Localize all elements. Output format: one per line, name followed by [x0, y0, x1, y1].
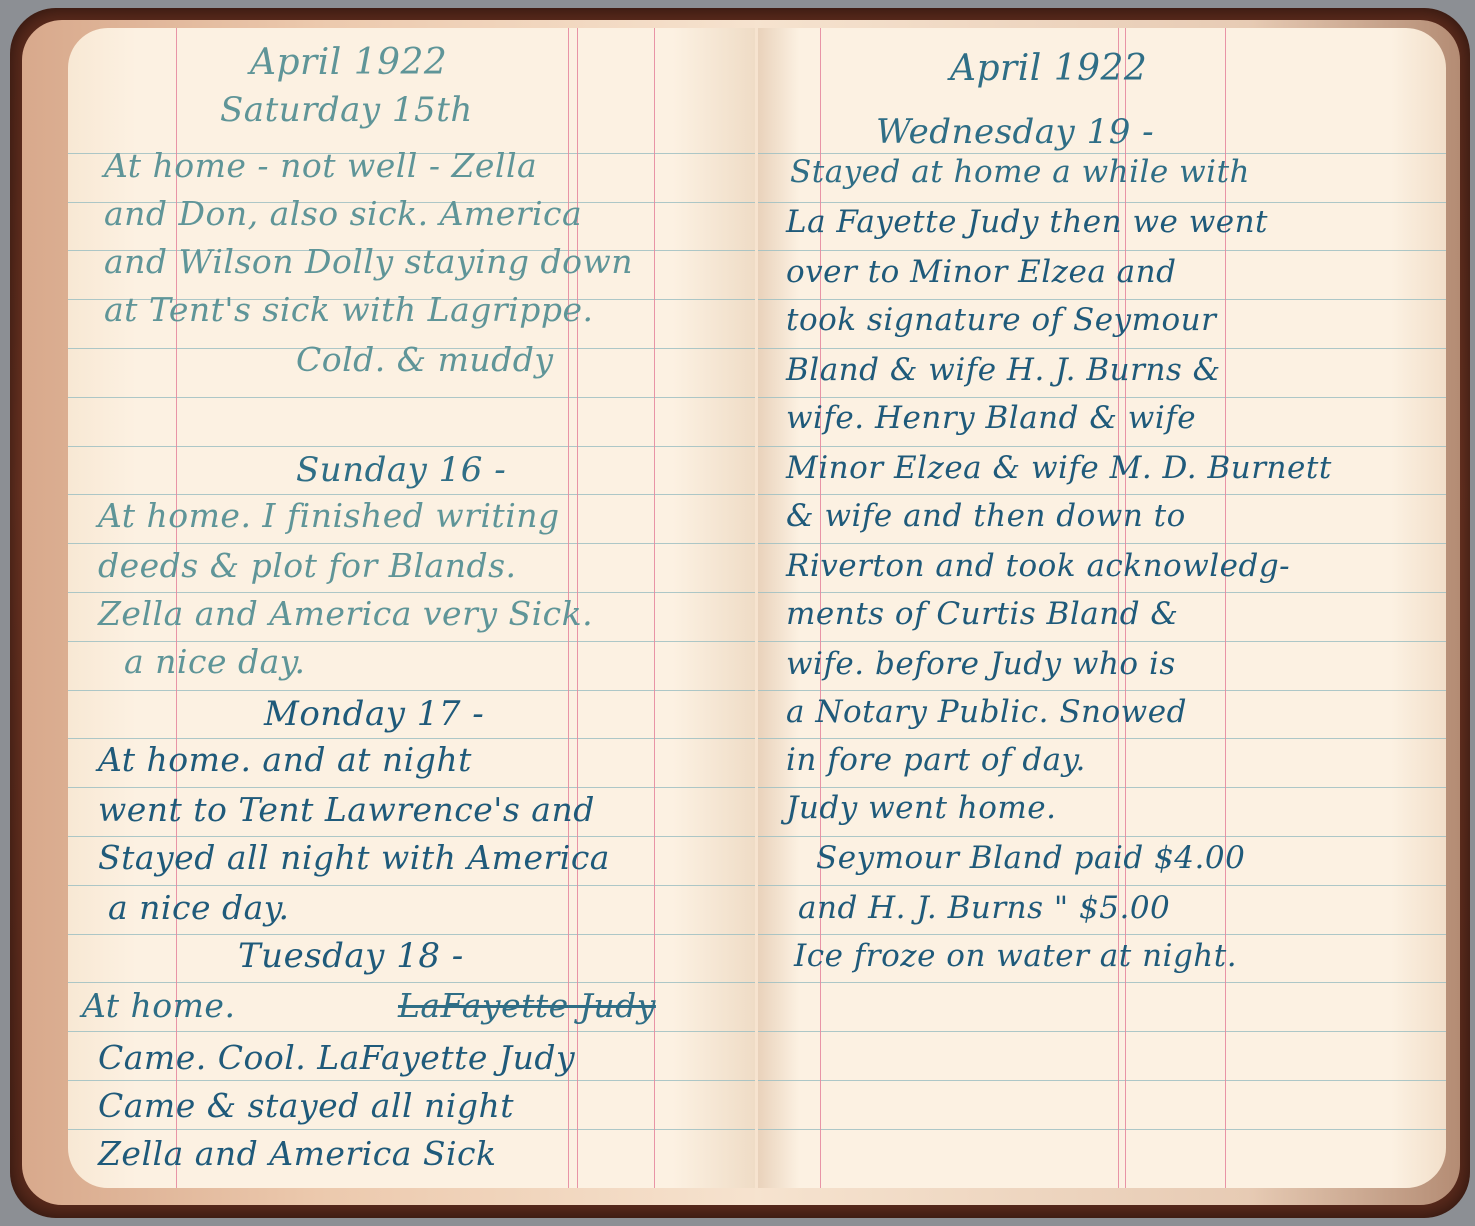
- ruled-line: [68, 885, 755, 886]
- entry-line: Stayed at home a while with: [790, 154, 1250, 190]
- struck-text: LaFayette Judy: [398, 986, 656, 1025]
- entry-line: Riverton and took acknowledg-: [786, 548, 1290, 584]
- entry-day: Saturday 15th: [220, 90, 473, 130]
- ruled-line: [68, 836, 755, 837]
- ruled-line: [68, 1031, 755, 1032]
- entry-day: Wednesday 19 -: [876, 112, 1154, 152]
- entry-line: Ice froze on water at night.: [794, 938, 1237, 974]
- ruled-line: [758, 299, 1446, 300]
- ruled-line: [758, 836, 1446, 837]
- ruled-line: [68, 1129, 755, 1130]
- entry-day: Sunday 16 -: [296, 450, 506, 490]
- entry-line: Zella and America very Sick.: [98, 594, 593, 633]
- ruled-line: [758, 934, 1446, 935]
- entry-line: Came. Cool. LaFayette Judy: [98, 1038, 575, 1077]
- entry-day: Tuesday 18 -: [238, 936, 464, 976]
- entry-line: Came & stayed all night: [98, 1086, 514, 1125]
- entry-line: a nice day.: [108, 888, 290, 927]
- entry-line: a Notary Public. Snowed: [786, 694, 1187, 730]
- entry-line: a nice day.: [124, 642, 306, 681]
- ruled-line: [758, 250, 1446, 251]
- page-header: April 1922: [950, 48, 1147, 89]
- ruled-line: [68, 934, 755, 935]
- entry-line: Cold. & muddy: [296, 340, 554, 379]
- ruled-line: [68, 446, 755, 447]
- ruled-line: [758, 543, 1446, 544]
- entry-line: wife. before Judy who is: [786, 646, 1176, 682]
- entry-line: and H. J. Burns " $5.00: [798, 890, 1170, 926]
- entry-line: At home.: [82, 986, 235, 1025]
- ruled-line: [68, 494, 755, 495]
- entry-line: ments of Curtis Bland &: [786, 596, 1179, 632]
- entry-line: Zella and America Sick: [98, 1134, 497, 1173]
- entry-line: At home. and at night: [98, 740, 472, 779]
- entry-line: went to Tent Lawrence's and: [98, 790, 595, 829]
- entry-line: La Fayette Judy then we went: [786, 204, 1268, 240]
- ruled-line: [758, 738, 1446, 739]
- left-page: April 1922 Saturday 15th At home - not w…: [68, 28, 755, 1188]
- page-header: April 1922: [250, 42, 447, 83]
- entry-line: and Wilson Dolly staying down: [104, 242, 633, 281]
- ruled-line: [68, 787, 755, 788]
- entry-day: Monday 17 -: [264, 694, 484, 734]
- entry-line: over to Minor Elzea and: [786, 254, 1176, 290]
- ruled-line: [68, 543, 755, 544]
- entry-line: deeds & plot for Blands.: [98, 546, 517, 585]
- entry-line: At home. I finished writing: [98, 496, 560, 535]
- entry-line: and Don, also sick. America: [104, 194, 582, 233]
- ruled-line: [758, 982, 1446, 983]
- entry-line: Minor Elzea & wife M. D. Burnett: [786, 450, 1332, 486]
- ruled-line: [68, 738, 755, 739]
- ruled-line: [758, 494, 1446, 495]
- ruled-line: [758, 446, 1446, 447]
- ruled-line: [758, 202, 1446, 203]
- ruled-line: [758, 1080, 1446, 1081]
- ruled-line: [758, 397, 1446, 398]
- entry-line: wife. Henry Bland & wife: [786, 400, 1196, 436]
- ruled-line: [68, 397, 755, 398]
- entry-line: at Tent's sick with Lagrippe.: [104, 290, 594, 329]
- entry-line: Stayed all night with America: [98, 838, 610, 877]
- ruled-line: [758, 787, 1446, 788]
- entry-line: Bland & wife H. J. Burns &: [786, 352, 1221, 388]
- ruled-line: [758, 885, 1446, 886]
- ruled-line: [758, 592, 1446, 593]
- ruled-line: [68, 592, 755, 593]
- ruled-line: [68, 690, 755, 691]
- right-page: April 1922 Wednesday 19 - Stayed at home…: [758, 28, 1446, 1188]
- entry-line: At home - not well - Zella: [104, 146, 537, 185]
- ruled-line: [758, 348, 1446, 349]
- ruled-line: [68, 1080, 755, 1081]
- entry-line: & wife and then down to: [786, 498, 1186, 534]
- ruled-line: [758, 641, 1446, 642]
- ruled-line: [758, 1129, 1446, 1130]
- ruled-line: [758, 690, 1446, 691]
- ruled-line: [758, 1031, 1446, 1032]
- margin-line: [1225, 28, 1226, 1188]
- ruled-line: [68, 982, 755, 983]
- entry-line: took signature of Seymour: [786, 302, 1216, 338]
- entry-line: Judy went home.: [786, 790, 1057, 826]
- entry-line: Seymour Bland paid $4.00: [816, 840, 1245, 876]
- entry-line: in fore part of day.: [786, 742, 1086, 778]
